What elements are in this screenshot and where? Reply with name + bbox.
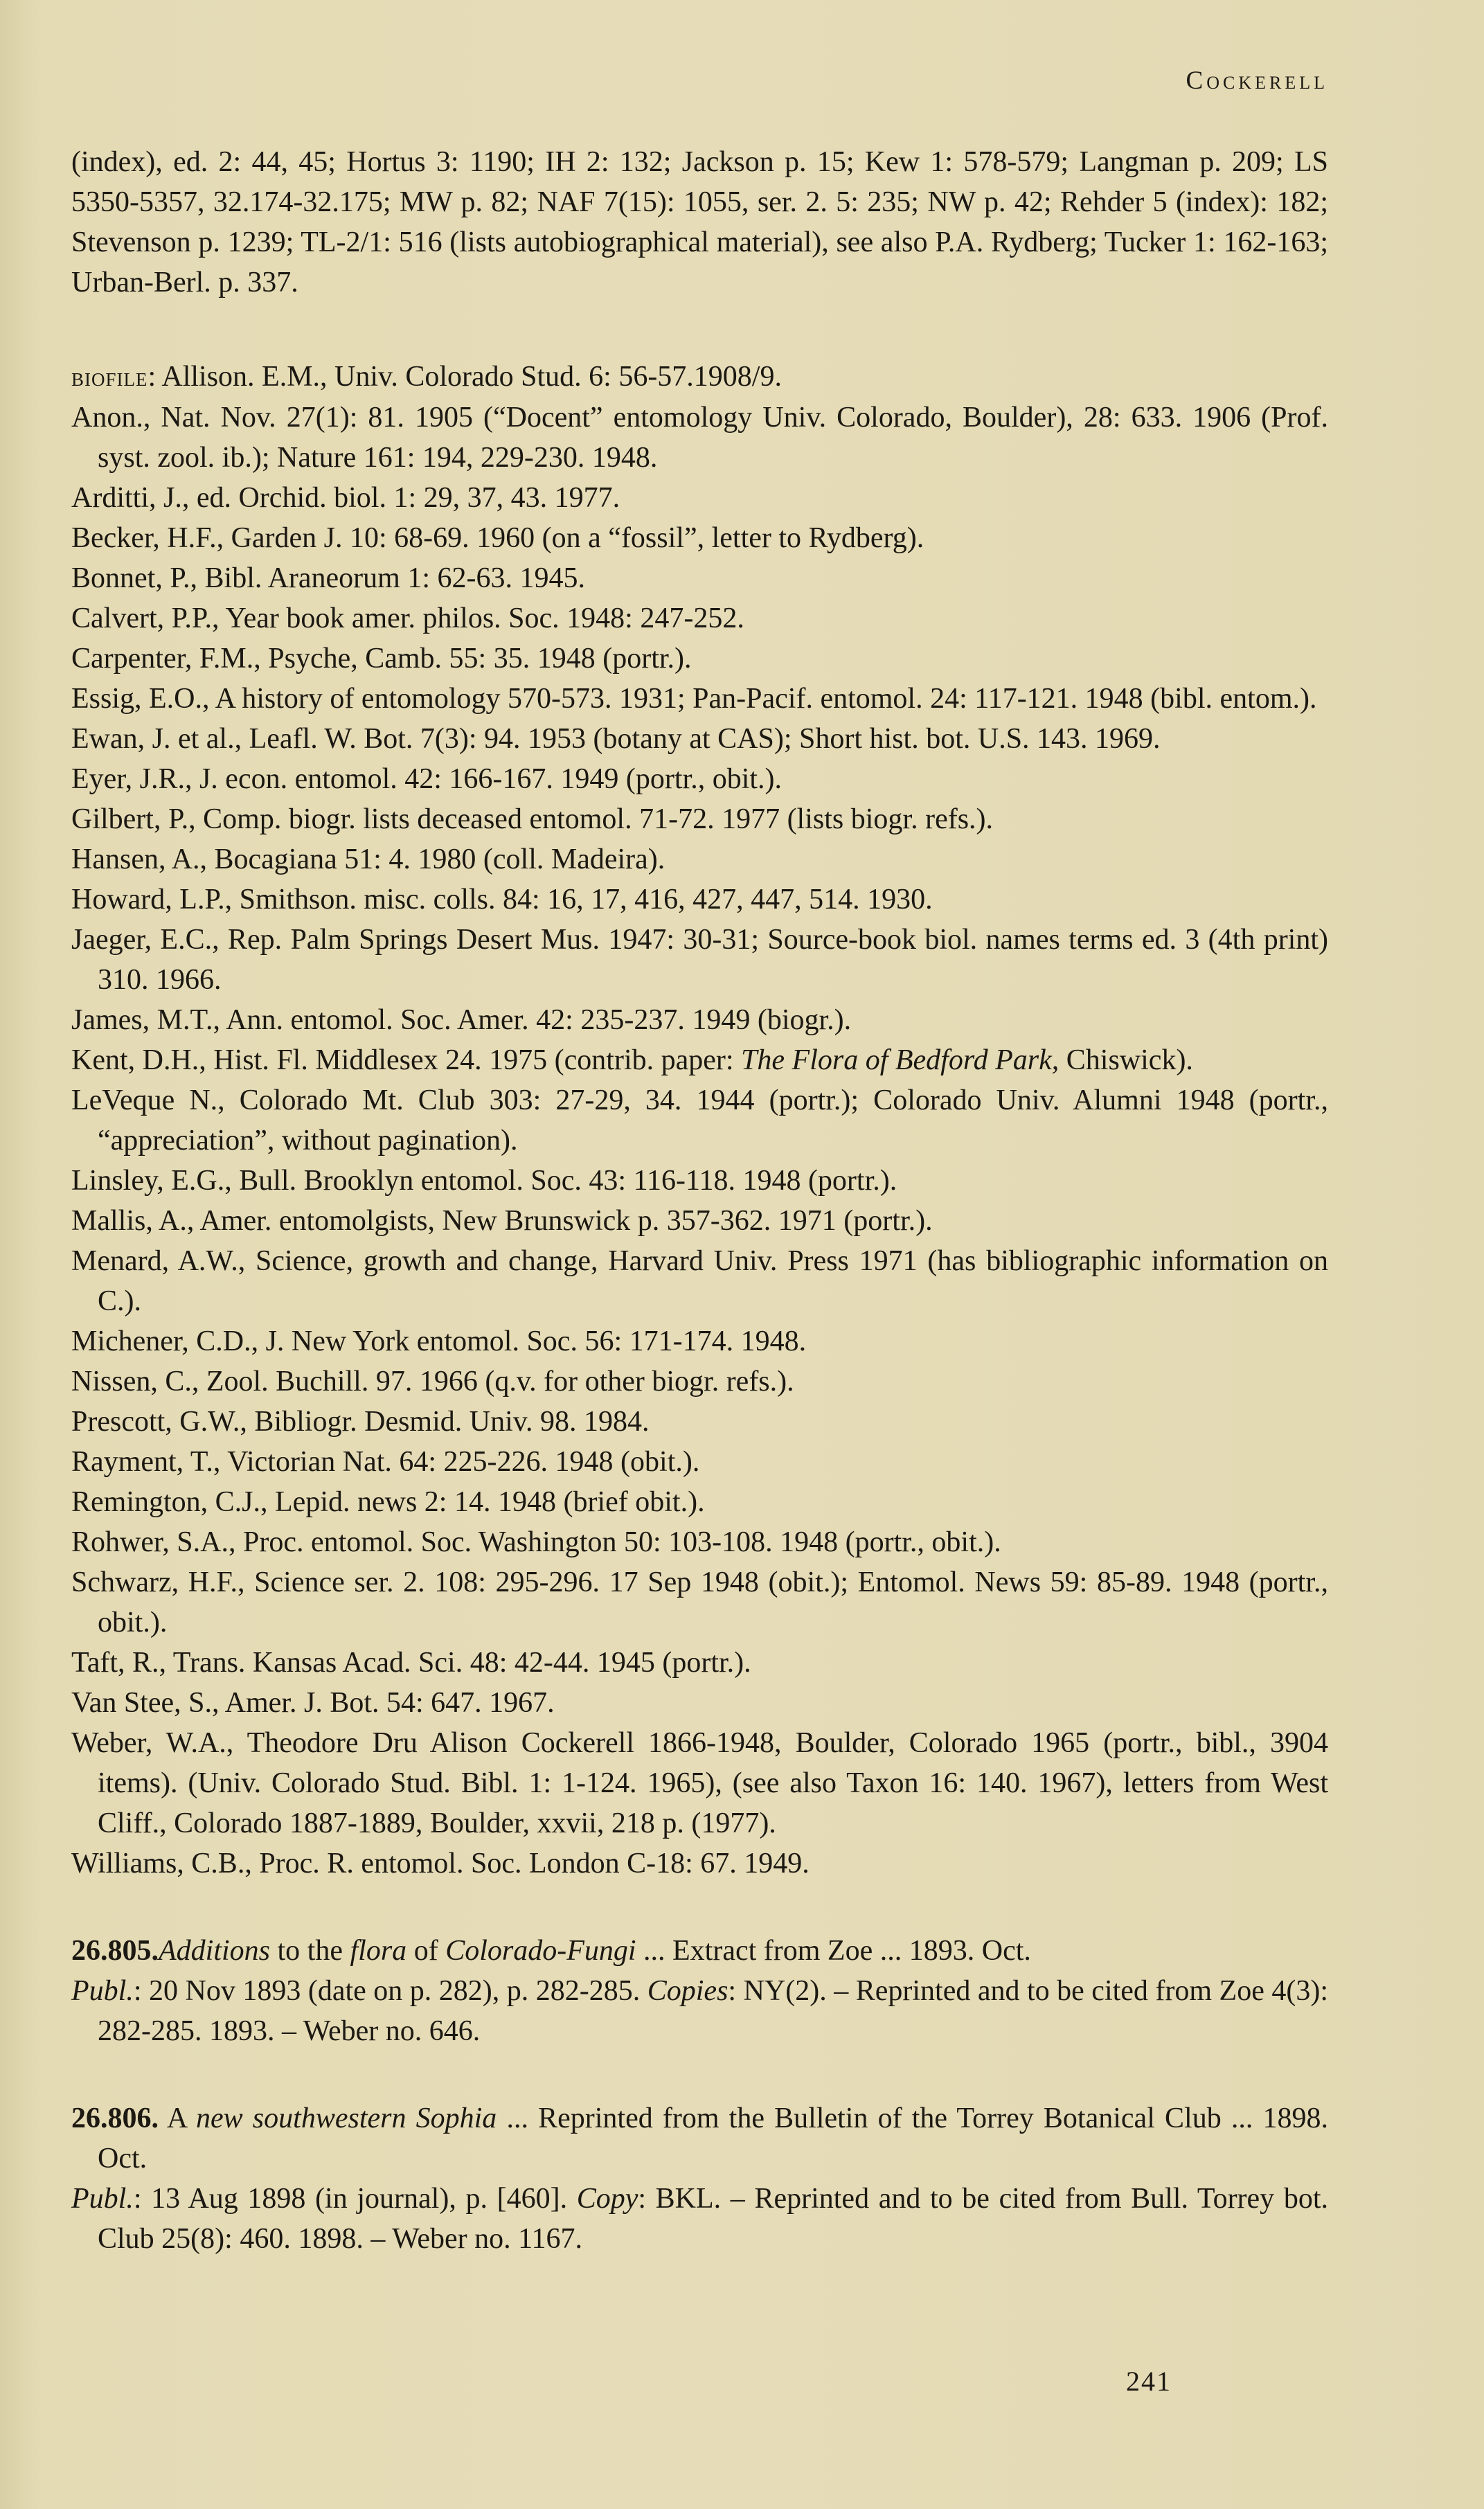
body-text: (index), ed. 2: 44, 45; Hortus 3: 1190; … [71, 142, 1328, 2259]
page-number: 241 [1126, 2365, 1172, 2398]
biofile-entry: Mallis, A., Amer. entomolgists, New Brun… [71, 1201, 1328, 1241]
works-list: 26.805.Additions to the flora of Colorad… [71, 1884, 1328, 2259]
running-head: Cockerell [1186, 66, 1328, 96]
biofile-entry: Weber, W.A., Theodore Dru Alison Cockere… [71, 1723, 1328, 1843]
biofile-entry: Menard, A.W., Science, growth and change… [71, 1241, 1328, 1321]
biofile-entry: Calvert, P.P., Year book amer. philos. S… [71, 598, 1328, 639]
biofile-first-entry: BIOFILE: Allison. E.M., Univ. Colorado S… [71, 357, 1328, 398]
work-entry-publication: Publ.: 13 Aug 1898 (in journal), p. [460… [71, 2179, 1328, 2259]
biofile-entry: Linsley, E.G., Bull. Brooklyn entomol. S… [71, 1161, 1328, 1201]
biofile-entry: Carpenter, F.M., Psyche, Camb. 55: 35. 1… [71, 639, 1328, 679]
biofile-entry: Gilbert, P., Comp. biogr. lists deceased… [71, 799, 1328, 839]
biofile-entry: Arditti, J., ed. Orchid. biol. 1: 29, 37… [71, 478, 1328, 518]
work-entry-publication: Publ.: 20 Nov 1893 (date on p. 282), p. … [71, 1971, 1328, 2051]
biofile-entry: Prescott, G.W., Bibliogr. Desmid. Univ. … [71, 1402, 1328, 1442]
biofile-section: BIOFILE: Allison. E.M., Univ. Colorado S… [71, 357, 1328, 1884]
biofile-entry: Becker, H.F., Garden J. 10: 68-69. 1960 … [71, 518, 1328, 558]
biofile-entry: Schwarz, H.F., Science ser. 2. 108: 295-… [71, 1562, 1328, 1643]
biofile-entry: Taft, R., Trans. Kansas Acad. Sci. 48: 4… [71, 1643, 1328, 1683]
work-entry-title: 26.805.Additions to the flora of Colorad… [71, 1931, 1328, 1971]
biofile-entry: Anon., Nat. Nov. 27(1): 81. 1905 (“Docen… [71, 398, 1328, 478]
biofile-label: BIOFILE [71, 363, 148, 392]
work-entry-title: 26.806. A new southwestern Sophia ... Re… [71, 2098, 1328, 2179]
biofile-entry: Rayment, T., Victorian Nat. 64: 225-226.… [71, 1442, 1328, 1482]
intro-paragraph: (index), ed. 2: 44, 45; Hortus 3: 1190; … [71, 142, 1328, 303]
biofile-entry: Rohwer, S.A., Proc. entomol. Soc. Washin… [71, 1522, 1328, 1562]
biofile-entry-kent: Kent, D.H., Hist. Fl. Middlesex 24. 1975… [71, 1040, 1328, 1080]
biofile-entries: Anon., Nat. Nov. 27(1): 81. 1905 (“Docen… [71, 398, 1328, 1040]
biofile-entries-continued: LeVeque N., Colorado Mt. Club 303: 27-29… [71, 1080, 1328, 1884]
biofile-entry: Williams, C.B., Proc. R. entomol. Soc. L… [71, 1843, 1328, 1884]
biofile-entry: Hansen, A., Bocagiana 51: 4. 1980 (coll.… [71, 839, 1328, 880]
biofile-entry: Ewan, J. et al., Leafl. W. Bot. 7(3): 94… [71, 719, 1328, 759]
work-number: 26.805. [71, 1935, 159, 1967]
biofile-entry: James, M.T., Ann. entomol. Soc. Amer. 42… [71, 1000, 1328, 1040]
biofile-entry: Van Stee, S., Amer. J. Bot. 54: 647. 196… [71, 1683, 1328, 1723]
biofile-entry: Remington, C.J., Lepid. news 2: 14. 1948… [71, 1482, 1328, 1522]
biofile-entry: Howard, L.P., Smithson. misc. colls. 84:… [71, 880, 1328, 920]
biofile-entry: Essig, E.O., A history of entomology 570… [71, 679, 1328, 719]
biofile-entry: Bonnet, P., Bibl. Araneorum 1: 62-63. 19… [71, 558, 1328, 598]
biofile-entry: LeVeque N., Colorado Mt. Club 303: 27-29… [71, 1080, 1328, 1161]
biofile-entry: Michener, C.D., J. New York entomol. Soc… [71, 1321, 1328, 1361]
biofile-entry: Eyer, J.R., J. econ. entomol. 42: 166-16… [71, 759, 1328, 799]
biofile-entry: Jaeger, E.C., Rep. Palm Springs Desert M… [71, 920, 1328, 1000]
biofile-entry: Nissen, C., Zool. Buchill. 97. 1966 (q.v… [71, 1361, 1328, 1402]
work-number: 26.806. [71, 2102, 159, 2134]
